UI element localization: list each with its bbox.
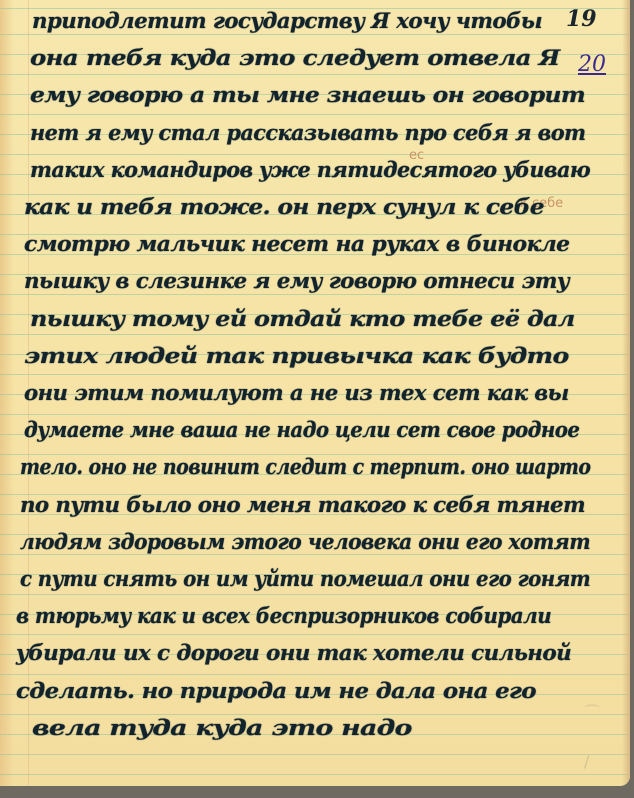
handwritten-line: как и тебя тоже. он перх сунул к себе — [24, 194, 544, 219]
handwritten-line: убирали их с дороги они так хотели сильн… — [16, 640, 571, 665]
handwritten-line: по пути было оно меня такого к себя тяне… — [20, 492, 585, 517]
handwritten-line: этих людей так привычка как будто — [24, 343, 569, 368]
handwritten-line: таких командиров уже пятидесятого убиваю — [30, 157, 590, 182]
handwritten-line: людям здоровым этого человека они его хо… — [20, 529, 590, 554]
handwritten-line: сделать. но природа им не дала она его — [16, 678, 536, 703]
handwritten-line: они этим помилуют а не из тех сет как вы — [24, 380, 569, 405]
page-number-20: 20 — [578, 52, 606, 77]
handwritten-line: вела туда куда это надо — [32, 715, 412, 740]
handwritten-line: с пути снять он им уйти помешал они его … — [20, 566, 590, 591]
handwritten-line: нет я ему стал рассказывать про себя я в… — [30, 120, 586, 145]
faint-pencil-mark: ∕ — [584, 752, 589, 771]
faint-pencil-mark: ⌒ — [584, 700, 600, 723]
handwritten-line: в тюрьму как и всех беспризорников собир… — [16, 603, 551, 628]
handwritten-line: думаете мне ваша не надо цели сет свое р… — [24, 417, 579, 442]
handwritten-line: ему говорю а ты мне знаешь он говорит — [30, 82, 585, 107]
page-number-19: 19 — [566, 6, 597, 32]
handwritten-line: смотрю мальчик несет на руках в бинокле — [24, 231, 569, 256]
handwritten-line: пышку тому ей отдай кто тебе её дал — [30, 306, 575, 331]
notebook-page: 19 20 ес к себе приподлетит государству … — [0, 0, 630, 786]
handwritten-line: она тебя куда это следует отвела Я — [30, 45, 560, 70]
handwritten-line: приподлетит государству Я хочу чтобы — [32, 8, 542, 33]
handwritten-line: тело. оно не повинит следит с терпит. он… — [20, 454, 591, 479]
handwritten-line: пышку в слезинке я ему говорю отнеси эту — [24, 268, 569, 293]
